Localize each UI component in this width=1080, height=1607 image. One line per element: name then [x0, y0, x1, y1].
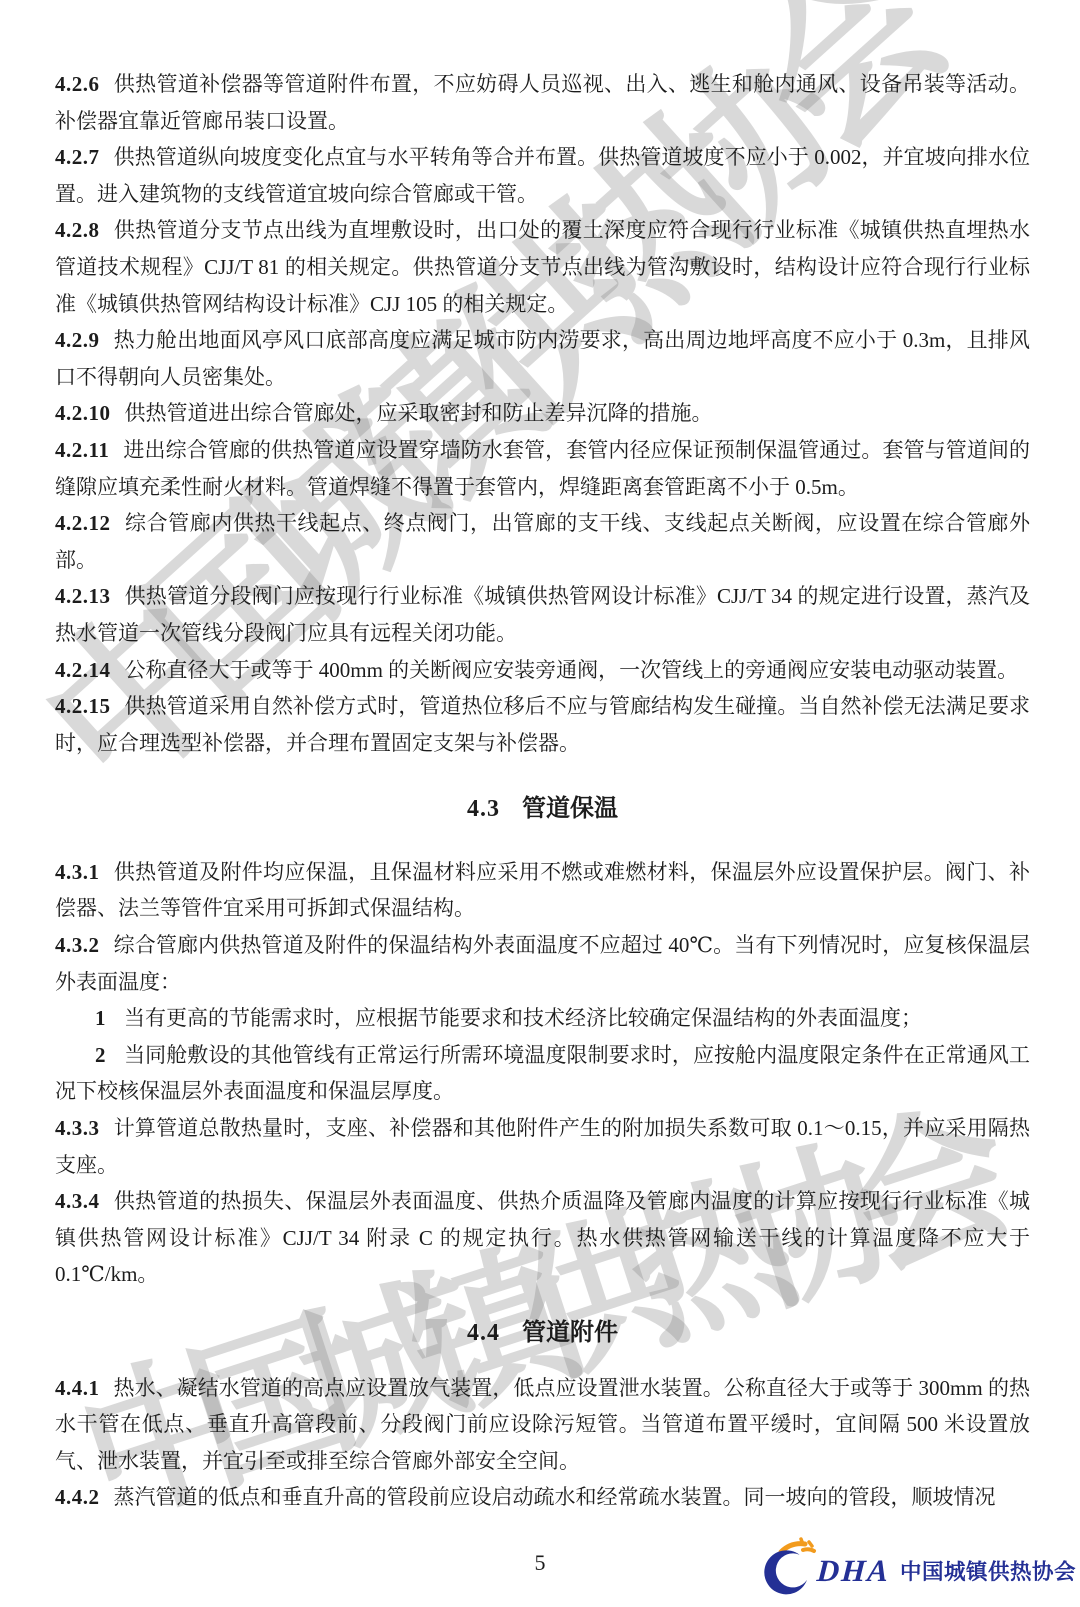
- clause-paragraph: 4.2.13供热管道分段阀门应按现行行业标准《城镇供热管网设计标准》CJJ/T …: [55, 578, 1030, 651]
- clause-paragraph: 4.2.8供热管道分支节点出线为直埋敷设时，出口处的覆土深度应符合现行行业标准《…: [55, 212, 1030, 322]
- clause-number: 4.4.2: [55, 1485, 100, 1509]
- clause-text: 进出综合管廊的供热管道应设置穿墙防水套管，套管内径应保证预制保温管通过。套管与管…: [55, 438, 1030, 499]
- clause-text: 当同舱敷设的其他管线有正常运行所需环境温度限制要求时，应按舱内温度限定条件在正常…: [55, 1043, 1030, 1104]
- section-heading-title: 管道附件: [522, 1320, 618, 1346]
- clause-paragraph: 4.2.7供热管道纵向坡度变化点宜与水平转角等合并布置。供热管道坡度不应小于 0…: [55, 139, 1030, 212]
- clause-number: 4.3.4: [55, 1189, 100, 1213]
- clause-paragraph: 4.3.2综合管廊内供热管道及附件的保温结构外表面温度不应超过 40℃。当有下列…: [55, 927, 1030, 1000]
- clause-text: 综合管廊内供热管道及附件的保温结构外表面温度不应超过 40℃。当有下列情况时，应…: [55, 933, 1030, 994]
- clause-number: 4.2.9: [55, 328, 100, 352]
- clause-paragraph: 4.2.12综合管廊内供热干线起点、终点阀门，出管廊的支干线、支线起点关断阀，应…: [55, 505, 1030, 578]
- clause-paragraph: 4.2.6供热管道补偿器等管道附件布置，不应妨碍人员巡视、出入、逃生和舱内通风、…: [55, 66, 1030, 139]
- clause-number: 2: [95, 1043, 106, 1067]
- clause-number: 4.2.15: [55, 694, 111, 718]
- logo-name: 中国城镇供热协会: [900, 1555, 1076, 1586]
- clause-number: 4.2.14: [55, 658, 111, 682]
- clause-paragraph: 4.4.1热水、凝结水管道的高点应设置放气装置，低点应设置泄水装置。公称直径大于…: [55, 1370, 1030, 1480]
- clause-number: 4.4.1: [55, 1376, 100, 1400]
- document-page: 中国城镇供热协会 中国城镇供热协会 4.2.6供热管道补偿器等管道附件布置，不应…: [0, 0, 1080, 1607]
- clause-text: 热水、凝结水管道的高点应设置放气装置，低点应设置泄水装置。公称直径大于或等于 3…: [55, 1376, 1030, 1473]
- clause-number: 4.2.12: [55, 511, 111, 535]
- dha-crescent-icon: [759, 1534, 823, 1598]
- clause-text: 综合管廊内供热干线起点、终点阀门，出管廊的支干线、支线起点关断阀，应设置在综合管…: [55, 511, 1030, 572]
- clause-text: 当有更高的节能需求时，应根据节能要求和技术经济比较确定保温结构的外表面温度；: [124, 1006, 922, 1030]
- clause-text: 公称直径大于或等于 400mm 的关断阀应安装旁通阀，一次管线上的旁通阀应安装电…: [125, 658, 1019, 682]
- clause-text: 蒸汽管道的低点和垂直升高的管段前应设启动疏水和经常疏水装置。同一坡向的管段，顺坡…: [114, 1485, 996, 1509]
- clause-text: 供热管道补偿器等管道附件布置，不应妨碍人员巡视、出入、逃生和舱内通风、设备吊装等…: [55, 72, 1030, 133]
- clause-number: 4.2.10: [55, 401, 111, 425]
- clause-text: 计算管道总散热量时，支座、补偿器和其他附件产生的附加损失系数可取 0.1～0.1…: [55, 1116, 1030, 1177]
- clause-paragraph: 4.3.4供热管道的热损失、保温层外表面温度、供热介质温降及管廊内温度的计算应按…: [55, 1183, 1030, 1293]
- dha-logo: DHA 中国城镇供热协会: [759, 1534, 1076, 1598]
- logo-abbr: DHA: [816, 1553, 892, 1589]
- clause-paragraph: 4.2.14公称直径大于或等于 400mm 的关断阀应安装旁通阀，一次管线上的旁…: [55, 652, 1030, 689]
- sub-item: 1当有更高的节能需求时，应根据节能要求和技术经济比较确定保温结构的外表面温度；: [55, 1000, 1030, 1037]
- clause-text: 热力舱出地面风亭风口底部高度应满足城市防内涝要求，高出周边地坪高度不应小于 0.…: [55, 328, 1030, 389]
- sub-item: 2当同舱敷设的其他管线有正常运行所需环境温度限制要求时，应按舱内温度限定条件在正…: [55, 1037, 1030, 1110]
- clause-paragraph: 4.2.10供热管道进出综合管廊处，应采取密封和防止差异沉降的措施。: [55, 395, 1030, 432]
- clause-text: 供热管道分段阀门应按现行行业标准《城镇供热管网设计标准》CJJ/T 34 的规定…: [55, 584, 1030, 645]
- clause-text: 供热管道采用自然补偿方式时，管道热位移后不应与管廊结构发生碰撞。当自然补偿无法满…: [55, 694, 1030, 755]
- section-heading-number: 4.4: [467, 1320, 500, 1346]
- clause-number: 4.3.3: [55, 1116, 100, 1140]
- clause-paragraph: 4.4.2蒸汽管道的低点和垂直升高的管段前应设启动疏水和经常疏水装置。同一坡向的…: [55, 1479, 1030, 1516]
- clause-paragraph: 4.2.11进出综合管廊的供热管道应设置穿墙防水套管，套管内径应保证预制保温管通…: [55, 432, 1030, 505]
- clause-number: 4.3.1: [55, 860, 100, 884]
- clause-number: 4.2.6: [55, 72, 100, 96]
- clause-text: 供热管道分支节点出线为直埋敷设时，出口处的覆土深度应符合现行行业标准《城镇供热直…: [55, 218, 1030, 315]
- section-heading-number: 4.3: [467, 796, 500, 822]
- section-heading-title: 管道保温: [522, 796, 618, 822]
- clause-number: 4.2.7: [55, 145, 100, 169]
- clause-number: 4.2.13: [55, 584, 111, 608]
- clause-text: 供热管道纵向坡度变化点宜与水平转角等合并布置。供热管道坡度不应小于 0.002，…: [55, 145, 1030, 206]
- clause-number: 4.2.11: [55, 438, 109, 462]
- clause-text: 供热管道进出综合管廊处，应采取密封和防止差异沉降的措施。: [125, 401, 713, 425]
- clause-paragraph: 4.3.3计算管道总散热量时，支座、补偿器和其他附件产生的附加损失系数可取 0.…: [55, 1110, 1030, 1183]
- document-body: 4.2.6供热管道补偿器等管道附件布置，不应妨碍人员巡视、出入、逃生和舱内通风、…: [55, 66, 1030, 1516]
- clause-paragraph: 4.2.15供热管道采用自然补偿方式时，管道热位移后不应与管廊结构发生碰撞。当自…: [55, 688, 1030, 761]
- clause-number: 1: [95, 1006, 106, 1030]
- clause-text: 供热管道及附件均应保温，且保温材料应采用不燃或难燃材料，保温层外应设置保护层。阀…: [55, 860, 1030, 921]
- clause-number: 4.2.8: [55, 218, 100, 242]
- clause-paragraph: 4.3.1供热管道及附件均应保温，且保温材料应采用不燃或难燃材料，保温层外应设置…: [55, 854, 1030, 927]
- clause-paragraph: 4.2.9热力舱出地面风亭风口底部高度应满足城市防内涝要求，高出周边地坪高度不应…: [55, 322, 1030, 395]
- clause-text: 供热管道的热损失、保温层外表面温度、供热介质温降及管廊内温度的计算应按现行行业标…: [55, 1189, 1030, 1286]
- section-heading: 4.4管道附件: [55, 1315, 1030, 1352]
- section-heading: 4.3管道保温: [55, 791, 1030, 828]
- clause-number: 4.3.2: [55, 933, 100, 957]
